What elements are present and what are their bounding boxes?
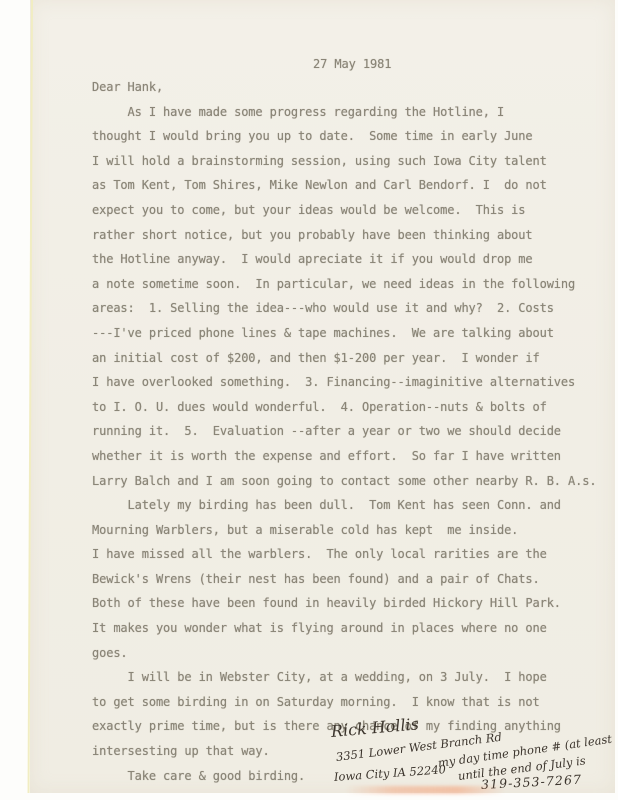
letter-line: Dear Hank,: [92, 75, 596, 100]
letter-line: I will hold a brainstorming session, usi…: [92, 149, 596, 174]
letter-line: the Hotline anyway. I would apreciate it…: [92, 247, 596, 272]
letter-line: Bewick's Wrens (their nest has been foun…: [92, 567, 596, 592]
letter-line: I have missed all the warblers. The only…: [92, 542, 596, 567]
letter-line: Mourning Warblers, but a miserable cold …: [92, 518, 596, 543]
letter-line: running it. 5. Evaluation --after a year…: [92, 419, 596, 444]
letter-line: It makes you wonder what is flying aroun…: [92, 616, 596, 641]
letter-line: ---I've priced phone lines & tape machin…: [92, 321, 596, 346]
letter-line: rather short notice, but you probably ha…: [92, 223, 596, 248]
letter-line: Both of these have been found in heavily…: [92, 591, 596, 616]
letter-line: to I. O. U. dues would wonderful. 4. Ope…: [92, 395, 596, 420]
letter-date: 27 May 1981: [313, 57, 391, 71]
letter-line: I have overlooked something. 3. Financin…: [92, 370, 596, 395]
scanned-letter-page: 27 May 1981 Dear Hank, As I have made so…: [0, 0, 618, 800]
ink-smudge: [345, 786, 505, 794]
letter-line: to get some birding in on Saturday morni…: [92, 690, 596, 715]
letter-line: thought I would bring you up to date. So…: [92, 124, 596, 149]
letter-body: Dear Hank, As I have made some progress …: [92, 75, 596, 788]
letter-line: Larry Balch and I am soon going to conta…: [92, 469, 596, 494]
letter-line: Lately my birding has been dull. Tom Ken…: [92, 493, 596, 518]
letter-line: expect you to come, but your ideas would…: [92, 198, 596, 223]
letter-line: whether it is worth the expense and effo…: [92, 444, 596, 469]
letter-line: an initial cost of $200, and then $1-200…: [92, 346, 596, 371]
letter-line: areas: 1. Selling the idea---who would u…: [92, 296, 596, 321]
letter-line: as Tom Kent, Tom Shires, Mike Newlon and…: [92, 173, 596, 198]
letter-line: I will be in Webster City, at a wedding,…: [92, 665, 596, 690]
letter-line: As I have made some progress regarding t…: [92, 100, 596, 125]
letter-line: a note sometime soon. In particular, we …: [92, 272, 596, 297]
letter-line: goes.: [92, 641, 596, 666]
